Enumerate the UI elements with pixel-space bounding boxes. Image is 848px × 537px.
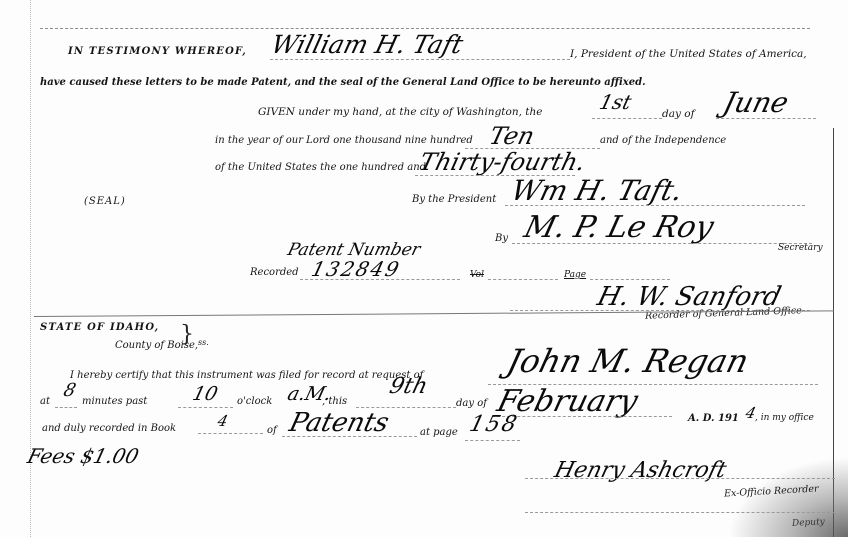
- president-signature-line: [505, 205, 805, 206]
- patent-clause: have caused these letters to be made Pat…: [40, 77, 646, 88]
- independence-text: and of the Independence: [600, 135, 726, 146]
- ss-label: ss.: [198, 338, 209, 347]
- year-text: in the year of our Lord one thousand nin…: [215, 135, 473, 146]
- secretary-signature-handwritten: M. P. Le Roy: [521, 210, 718, 245]
- deputy-label: Deputy: [792, 517, 825, 529]
- given-month-line: [716, 118, 816, 119]
- independence-handwritten: Thirty-fourth.: [417, 148, 589, 176]
- secretary-title: Secretary: [778, 243, 823, 253]
- vol-line: [488, 279, 558, 280]
- signer-fill-line: [270, 59, 570, 60]
- page-line: [590, 279, 670, 280]
- county-recorder-line: [525, 478, 835, 479]
- hour-handwritten: 10: [190, 383, 220, 405]
- book-number-handwritten: 4: [216, 412, 230, 430]
- hour-line: [178, 407, 233, 408]
- by-president-label: By the President: [412, 194, 496, 205]
- page-label: Page: [564, 270, 586, 280]
- ad-label: A. D. 191: [688, 413, 739, 424]
- fees-handwritten: Fees $1.00: [25, 444, 141, 468]
- taft-signature-handwritten: William H. Taft: [268, 30, 466, 59]
- independence-label: of the United States the one hundred and: [215, 162, 426, 173]
- president-signature-handwritten: Wm H. Taft.: [508, 174, 686, 207]
- page-number-handwritten: 158: [467, 412, 521, 437]
- minutes-handwritten: 8: [61, 380, 78, 401]
- record-day-handwritten: 9th: [387, 374, 430, 399]
- book-type-handwritten: Patents: [286, 408, 392, 438]
- at-page-label: at page: [420, 427, 458, 438]
- book-number-line: [198, 433, 263, 434]
- book-type-line: [282, 436, 417, 437]
- vol-label: Vol: [470, 270, 484, 280]
- given-month-handwritten: June: [720, 86, 792, 119]
- at-label: at: [40, 396, 50, 407]
- in-office-label: , in my office: [755, 413, 814, 423]
- given-text: GIVEN under my hand, at the city of Wash…: [258, 106, 542, 118]
- secretary-signature-line: [512, 243, 812, 244]
- given-day-handwritten: 1st: [597, 90, 634, 114]
- requester-handwritten: John M. Regan: [503, 342, 752, 380]
- deputy-line: [525, 512, 835, 513]
- seal-label: (SEAL): [84, 196, 126, 207]
- page-number-line: [465, 440, 520, 441]
- minutes-label: minutes past: [82, 396, 147, 407]
- record-day-of-label: day of: [456, 398, 487, 409]
- certify-text: I hereby certify that this instrument wa…: [70, 370, 423, 381]
- minutes-line: [55, 407, 77, 408]
- oclock-label: o'clock: [237, 396, 272, 407]
- patent-number-handwritten: 132849: [309, 257, 403, 281]
- top-rule: [40, 28, 810, 29]
- testimony-prefix: IN TESTIMONY WHEREOF,: [68, 46, 247, 57]
- of-label: of: [267, 425, 277, 436]
- this-label: , this: [322, 396, 347, 407]
- land-patent-document: IN TESTIMONY WHEREOF, William H. Taft I,…: [0, 0, 848, 537]
- by-secretary-label: By: [495, 233, 508, 244]
- state-label: STATE OF IDAHO,: [40, 322, 159, 333]
- day-of-label: day of: [662, 108, 694, 120]
- recorded-line: [300, 279, 460, 280]
- testimony-suffix: I, President of the United States of Ame…: [570, 48, 807, 60]
- year-handwritten: Ten: [487, 122, 538, 150]
- given-day-line: [592, 118, 662, 119]
- recorded-in-book-text: and duly recorded in Book: [42, 423, 176, 434]
- county-recorder-signature-handwritten: Henry Ashcroft: [552, 458, 729, 483]
- ss-brace: }: [180, 322, 194, 347]
- recorded-label: Recorded: [250, 267, 299, 278]
